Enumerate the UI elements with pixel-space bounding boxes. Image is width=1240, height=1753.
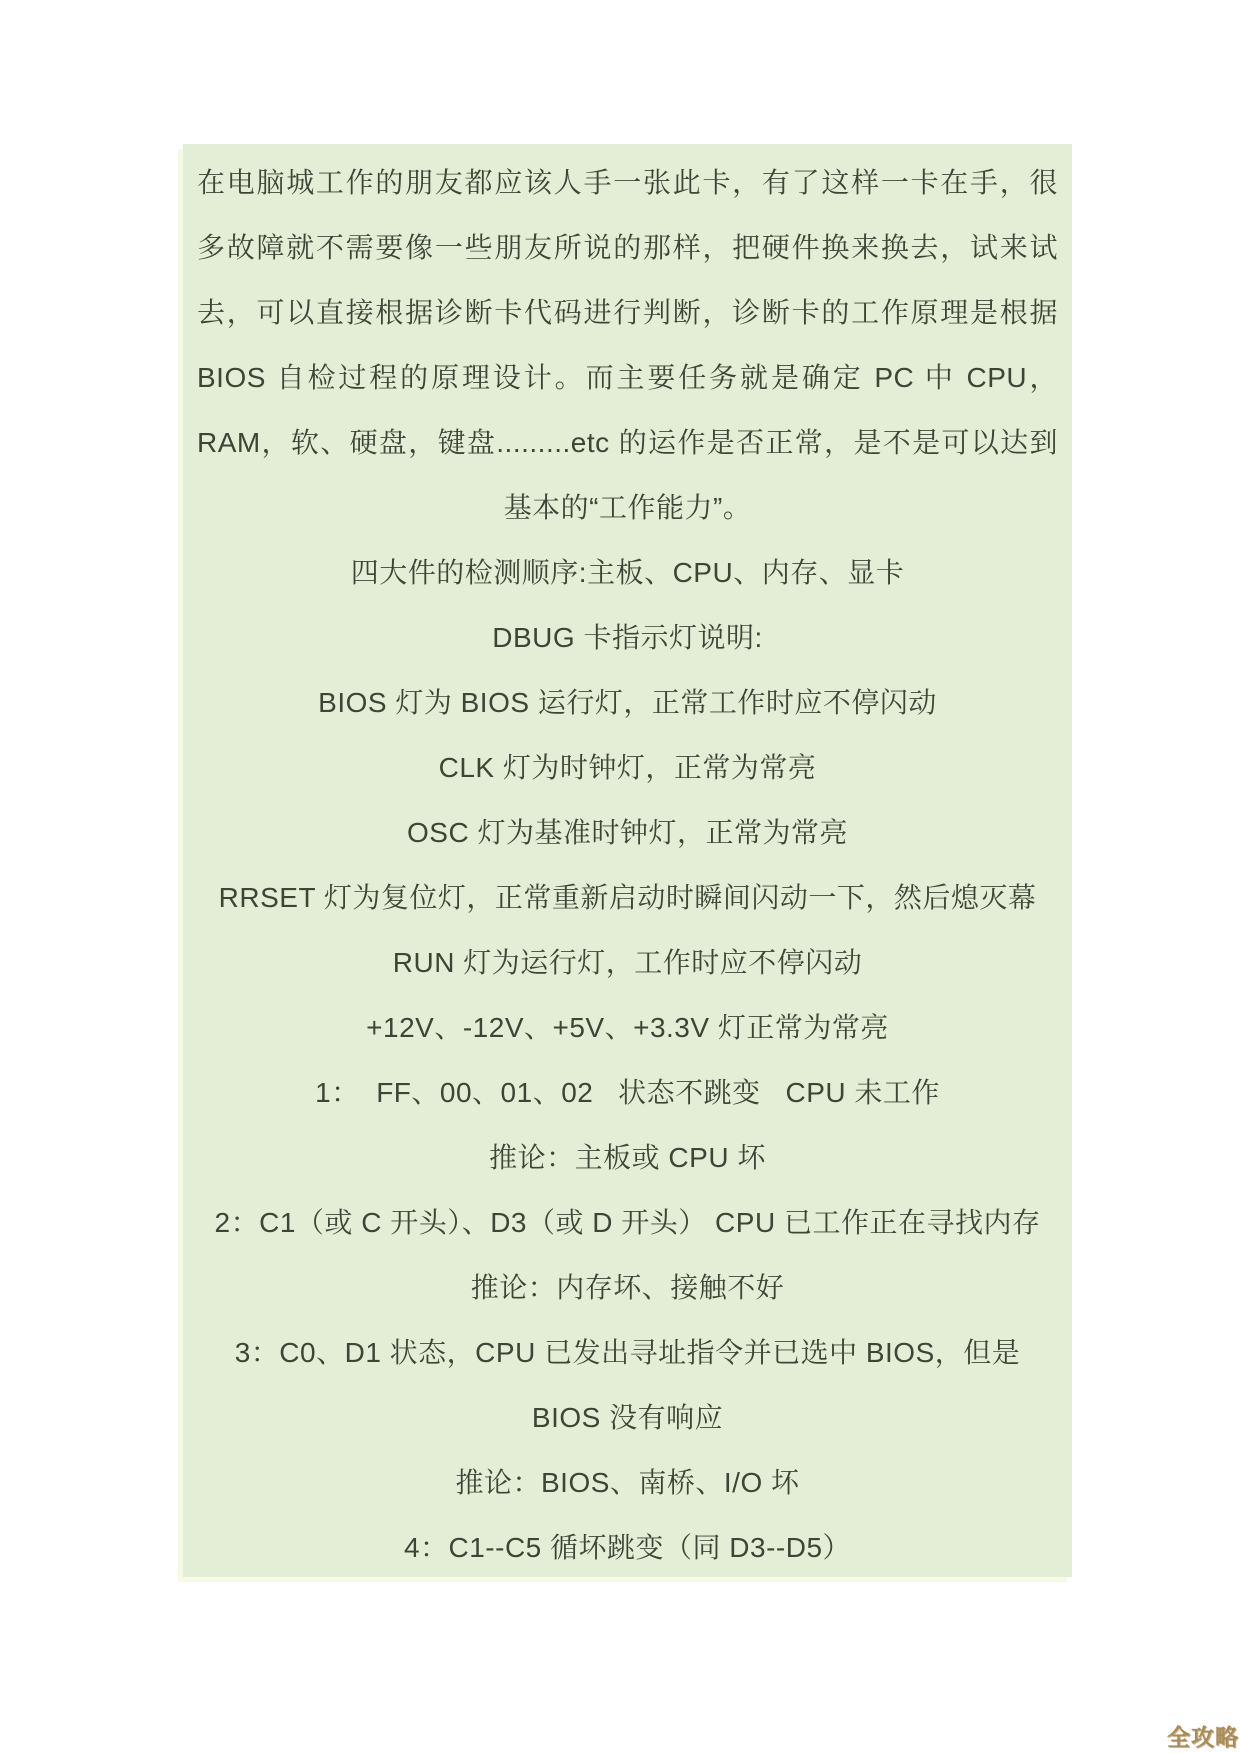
text-line: 4：C1--C5 循坏跳变（同 D3--D5） — [197, 1515, 1058, 1577]
text-line: 去，可以直接根据诊断卡代码进行判断，诊断卡的工作原理是根据 — [197, 280, 1058, 345]
text-line: DBUG 卡指示灯说明: — [197, 605, 1058, 670]
text-line: 2：C1（或 C 开头）、D3（或 D 开头） CPU 已工作正在寻找内存 — [197, 1190, 1058, 1255]
text-line: CLK 灯为时钟灯，正常为常亮 — [197, 735, 1058, 800]
watermark: 全攻略 — [1167, 1719, 1239, 1752]
text-line: 基本的“工作能力”。 — [197, 475, 1058, 540]
text-line: OSC 灯为基准时钟灯，正常为常亮 — [197, 800, 1058, 865]
text-line: 1： FF、00、01、02 状态不跳变 CPU 未工作 — [197, 1060, 1058, 1125]
text-line: RUN 灯为运行灯，工作时应不停闪动 — [197, 930, 1058, 995]
text-line: RRSET 灯为复位灯，正常重新启动时瞬间闪动一下，然后熄灭幕 — [197, 865, 1058, 930]
text-line: 四大件的检测顺序:主板、CPU、内存、显卡 — [197, 540, 1058, 605]
text-line: 在电脑城工作的朋友都应该人手一张此卡，有了这样一卡在手，很 — [197, 150, 1058, 215]
text-line: BIOS 没有响应 — [197, 1385, 1058, 1450]
text-line: 多故障就不需要像一些朋友所说的那样，把硬件换来换去，试来试 — [197, 215, 1058, 280]
document-content-panel: 在电脑城工作的朋友都应该人手一张此卡，有了这样一卡在手，很 多故障就不需要像一些… — [183, 144, 1072, 1577]
text-line: 推论：BIOS、南桥、I/O 坏 — [197, 1450, 1058, 1515]
text-line: 3：C0、D1 状态，CPU 已发出寻址指令并已选中 BIOS，但是 — [197, 1320, 1058, 1385]
text-line: RAM，软、硬盘，键盘.........etc 的运作是否正常，是不是可以达到 — [197, 410, 1058, 475]
text-line: BIOS 灯为 BIOS 运行灯，正常工作时应不停闪动 — [197, 670, 1058, 735]
text-line: BIOS 自检过程的原理设计。而主要任务就是确定 PC 中 CPU， — [197, 345, 1058, 410]
text-line: +12V、-12V、+5V、+3.3V 灯正常为常亮 — [197, 995, 1058, 1060]
text-line: 推论：主板或 CPU 坏 — [197, 1125, 1058, 1190]
text-line: 推论：内存坏、接触不好 — [197, 1255, 1058, 1320]
